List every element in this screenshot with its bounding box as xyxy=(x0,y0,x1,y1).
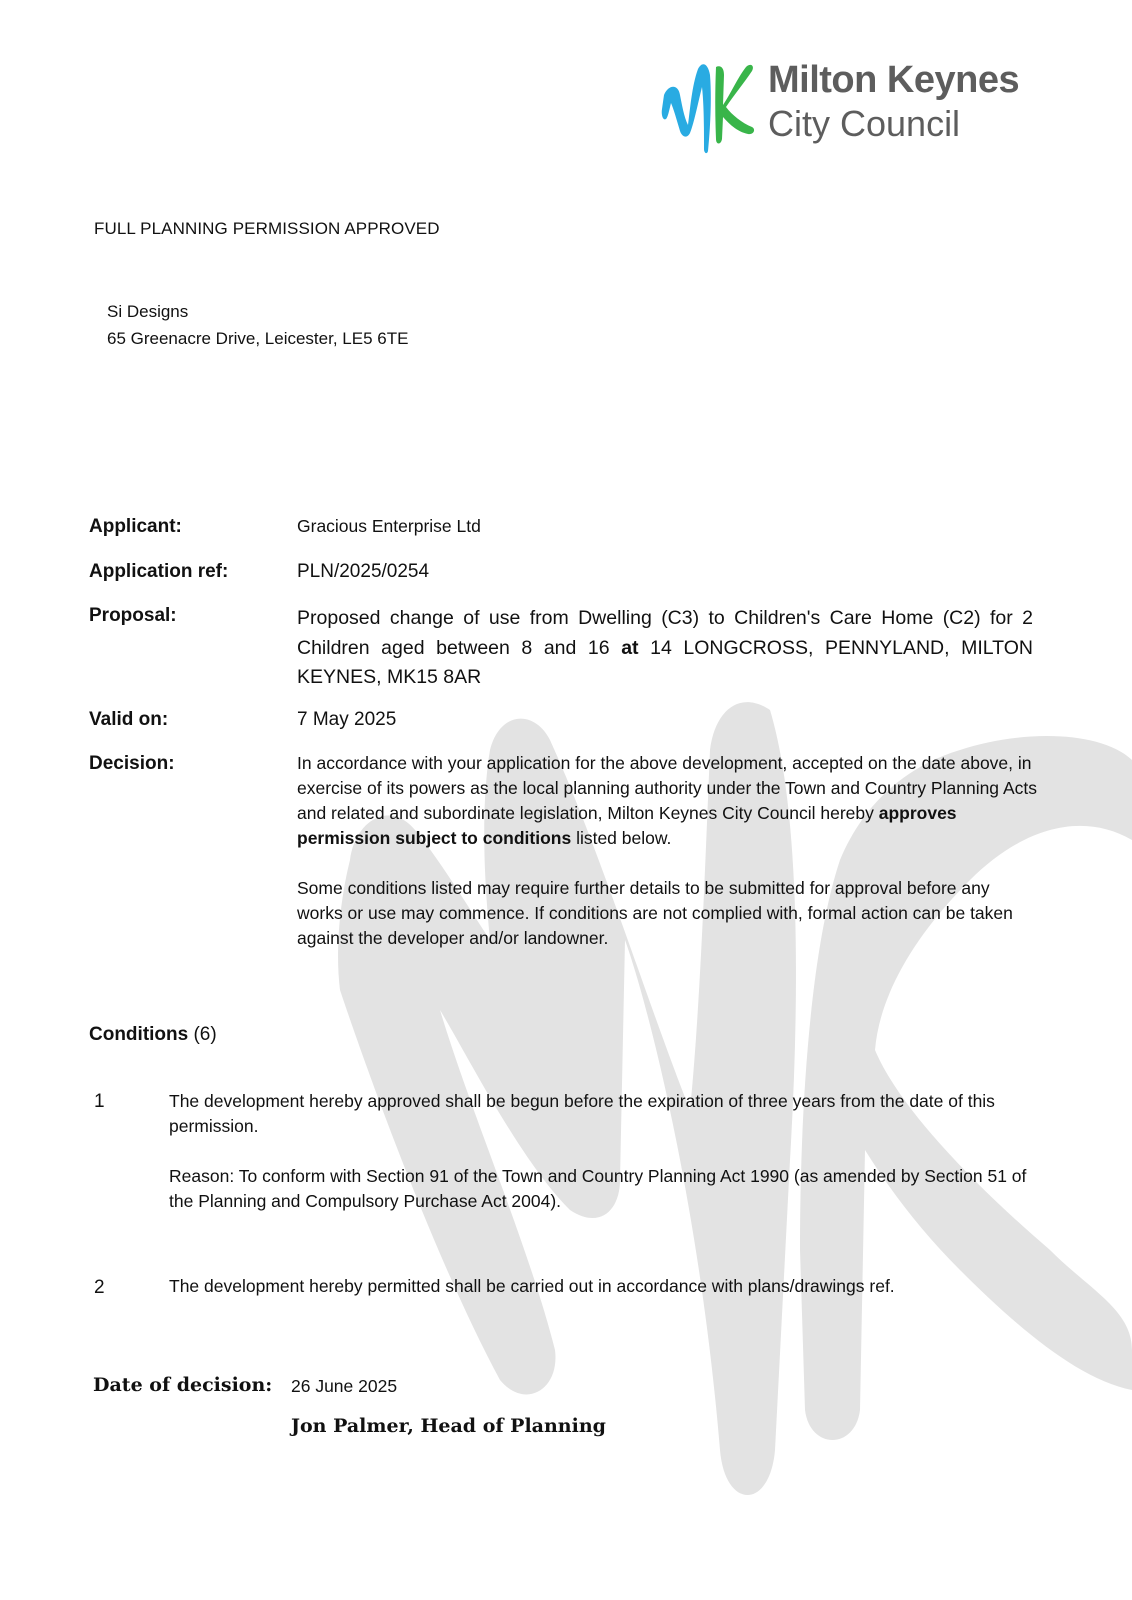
decision-text: In accordance with your application for … xyxy=(297,751,1037,976)
decision-paragraph-1: In accordance with your application for … xyxy=(297,751,1037,851)
condition-item: The development hereby approved shall be… xyxy=(169,1089,1039,1239)
conditions-heading: Conditions (6) xyxy=(89,1024,217,1046)
applicant-label: Applicant: xyxy=(89,516,182,538)
condition-text: The development hereby approved shall be… xyxy=(169,1089,1039,1139)
condition-reason: Reason: To conform with Section 91 of th… xyxy=(169,1164,1039,1214)
council-logo: Milton Keynes City Council xyxy=(660,55,1050,155)
conditions-count: (6) xyxy=(193,1024,216,1045)
agent-address-block: Si Designs 65 Greenacre Drive, Leicester… xyxy=(107,298,408,352)
council-name-line1: Milton Keynes xyxy=(768,59,1019,102)
application-ref-label: Application ref: xyxy=(89,561,228,583)
decision-notice-page: Milton Keynes City Council FULL PLANNING… xyxy=(0,0,1132,1600)
proposal-label: Proposal: xyxy=(89,605,177,627)
valid-on-value: 7 May 2025 xyxy=(297,709,396,731)
condition-item: The development hereby permitted shall b… xyxy=(169,1274,1039,1324)
mk-logo-icon xyxy=(660,55,756,155)
decision-date-label: Date of decision: xyxy=(93,1374,272,1396)
conditions-title: Conditions xyxy=(89,1024,188,1045)
agent-name: Si Designs xyxy=(107,298,408,325)
applicant-value: Gracious Enterprise Ltd xyxy=(297,516,481,537)
application-ref-value: PLN/2025/0254 xyxy=(297,561,429,583)
condition-number: 2 xyxy=(94,1277,105,1299)
signatory: Jon Palmer, Head of Planning xyxy=(291,1415,606,1437)
condition-number: 1 xyxy=(94,1091,105,1113)
decision-paragraph-2: Some conditions listed may require furth… xyxy=(297,876,1037,951)
document-title: FULL PLANNING PERMISSION APPROVED xyxy=(94,219,440,239)
decision-label: Decision: xyxy=(89,753,175,775)
council-name-line2: City Council xyxy=(768,103,960,145)
condition-text: The development hereby permitted shall b… xyxy=(169,1274,1039,1299)
agent-address: 65 Greenacre Drive, Leicester, LE5 6TE xyxy=(107,325,408,352)
valid-on-label: Valid on: xyxy=(89,709,168,731)
proposal-text-bold: at xyxy=(621,637,638,659)
proposal-value: Proposed change of use from Dwelling (C3… xyxy=(297,604,1033,693)
decision-text-2: listed below. xyxy=(571,828,671,848)
decision-date-value: 26 June 2025 xyxy=(291,1376,397,1397)
